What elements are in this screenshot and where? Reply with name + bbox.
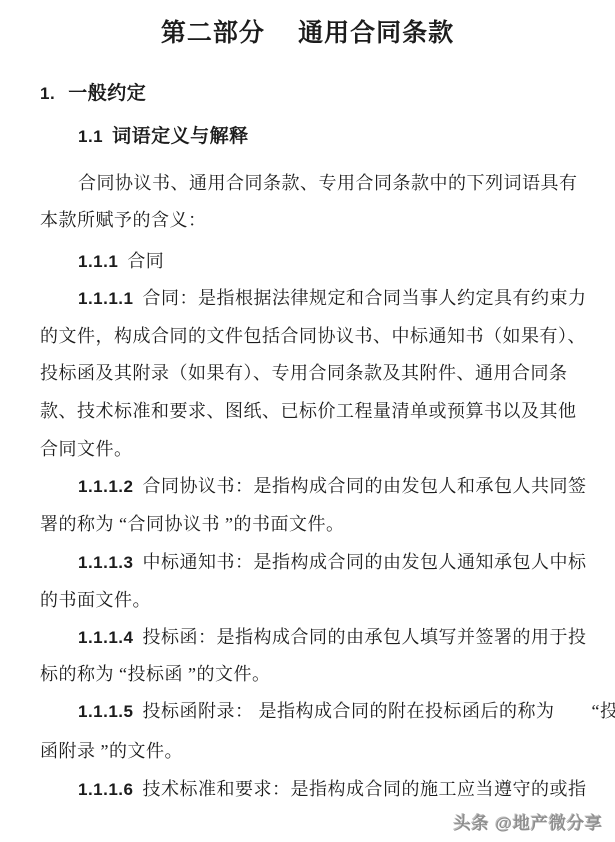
clause-text: 投标函：是指构成合同的由承包人填写并签署的用于投 [143, 627, 587, 647]
clause-number: 1.1.1.1 [78, 289, 134, 308]
clause-line-1-1-1-2: 1.1.1.2合同协议书：是指构成合同的由发包人和承包人共同签 [78, 477, 587, 497]
paragraph-line: 署的称为 “合同协议书 ”的书面文件。 [40, 515, 344, 535]
heading-number: 1. [40, 84, 55, 103]
paragraph-line: 合同协议书、通用合同条款、专用合同条款中的下列词语具有 [78, 174, 578, 194]
clause-number: 1.1.1.6 [78, 780, 134, 799]
clause-line-1-1-1-1: 1.1.1.1合同：是指根据法律规定和合同当事人约定具有约束力 [78, 289, 587, 309]
toutiao-watermark: 头条 @地产微分享 [454, 809, 603, 834]
paragraph-line: 款、技术标准和要求、图纸、已标价工程量清单或预算书以及其他 [40, 402, 577, 422]
clause-line-1-1-1-5: 1.1.1.5投标函附录： 是指构成合同的附在投标函后的称为 “投标 [78, 702, 615, 722]
page-title: 第二部分 通用合同条款 [0, 13, 615, 49]
paragraph-line: 合同文件。 [40, 440, 133, 460]
clause-number: 1.1.1.3 [78, 553, 134, 572]
clause-line-1-1-1: 1.1.1合同 [78, 252, 164, 272]
clause-number: 1.1.1.5 [78, 702, 134, 721]
clause-number: 1.1.1.2 [78, 477, 134, 496]
clause-text: 投标函附录： 是指构成合同的附在投标函后的称为 “投标 [143, 701, 615, 721]
paragraph-line: 投标函及其附录（如果有）、专用合同条款及其附件、通用合同条 [40, 364, 568, 384]
heading-general-provisions: 1.一般约定 [40, 84, 146, 105]
paragraph-line: 标的称为 “投标函 ”的文件。 [40, 665, 270, 685]
clause-text: 技术标准和要求：是指构成合同的施工应当遵守的或指 [143, 779, 587, 799]
heading-definitions: 1.1词语定义与解释 [78, 127, 249, 148]
clause-text: 合同：是指根据法律规定和合同当事人约定具有约束力 [143, 288, 587, 308]
clause-line-1-1-1-4: 1.1.1.4投标函：是指构成合同的由承包人填写并签署的用于投 [78, 628, 587, 648]
document-page: 第二部分 通用合同条款 1.一般约定 1.1词语定义与解释 合同协议书、通用合同… [0, 0, 615, 842]
clause-line-1-1-1-6: 1.1.1.6技术标准和要求：是指构成合同的施工应当遵守的或指 [78, 780, 587, 800]
paragraph-line: 本款所赋予的含义： [40, 211, 207, 231]
clause-number: 1.1.1 [78, 252, 118, 271]
paragraph-line: 的文件，构成合同的文件包括合同协议书、中标通知书（如果有）、 [40, 327, 586, 347]
heading-text: 词语定义与解释 [112, 126, 249, 147]
paragraph-line: 函附录 ”的文件。 [40, 742, 183, 762]
heading-number: 1.1 [78, 127, 103, 146]
clause-text: 合同协议书：是指构成合同的由发包人和承包人共同签 [143, 476, 587, 496]
clause-text: 合同 [127, 251, 164, 271]
clause-line-1-1-1-3: 1.1.1.3中标通知书：是指构成合同的由发包人通知承包人中标 [78, 553, 587, 573]
clause-number: 1.1.1.4 [78, 628, 134, 647]
heading-text: 一般约定 [68, 83, 146, 104]
clause-text: 中标通知书：是指构成合同的由发包人通知承包人中标 [143, 552, 587, 572]
paragraph-line: 的书面文件。 [40, 591, 151, 611]
